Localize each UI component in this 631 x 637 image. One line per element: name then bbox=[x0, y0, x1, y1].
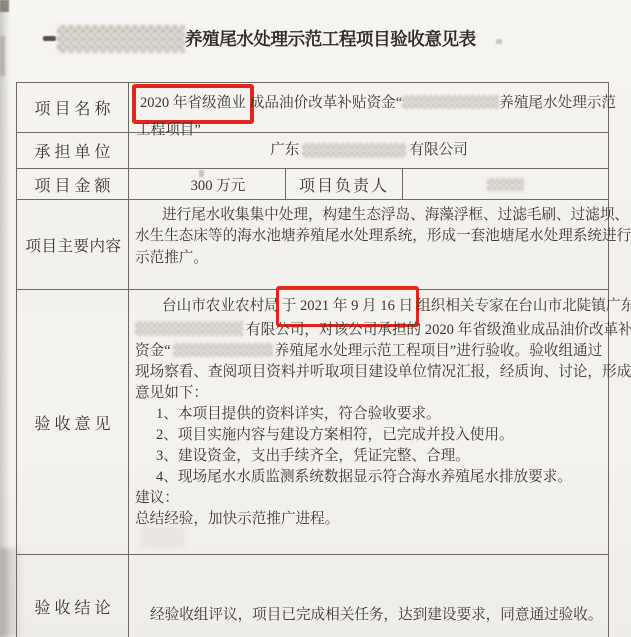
scan-corner-mark bbox=[0, 0, 9, 12]
opinion-l3-pre-text: 资金“ bbox=[135, 343, 171, 359]
row-undertaker: 承担单位 广东有限公司 bbox=[17, 133, 608, 169]
main-content-line2: 水生生态床等的海水池塘养殖尾水处理系统，形成一套池塘尾水处理系统进行 bbox=[135, 226, 600, 247]
opinion-line3: 资金“养殖尾水处理示范工程项目”进行验收。验收组通过 bbox=[135, 341, 600, 362]
opinion-item-3: 3、建设资金，支出手续齐全，凭证完整、合理。 bbox=[135, 446, 600, 467]
opinion-item-2: 2、项目实施内容与建设方案相符，已完成并投入使用。 bbox=[135, 425, 600, 446]
cell-opinion: 台山市农业农村局于 2021 年 9 月 16 日组织相关专家在台山市北陡镇广东… bbox=[130, 290, 608, 554]
redacted-company-name-2 bbox=[135, 321, 243, 336]
redacted-faint-mark bbox=[140, 526, 186, 548]
cell-main-content: 进行尾水收集集中处理，构建生态浮岛、海藻浮框、过滤毛刷、过滤坝、 水生生态床等的… bbox=[130, 200, 608, 289]
opinion-suggestion-text: 总结经验，加快示范推广进程。 bbox=[135, 509, 600, 530]
row-opinion: 验收意见 台山市农业农村局于 2021 年 9 月 16 日组织相关专家在台山市… bbox=[17, 290, 608, 555]
opinion-l1-pre-text: 台山市农业农村局 bbox=[162, 298, 279, 314]
main-content-line3: 示范推广。 bbox=[135, 248, 600, 269]
cell-project-name: 2020 年省级渔业成品油价改革补贴资金“养殖尾水处理示范 工程项目” bbox=[130, 83, 608, 132]
opinion-item-1: 1、本项目提供的资料详实，符合验收要求。 bbox=[135, 404, 600, 425]
undertaker-pre-text: 广东 bbox=[270, 140, 299, 161]
page-edge-shadow bbox=[0, 0, 10, 637]
inspection-date-text: 于 2021 年 9 月 16 日 bbox=[282, 298, 413, 314]
scan-edge-mark bbox=[0, 36, 5, 76]
scanned-acceptance-form-page: 养殖尾水处理示范工程项目验收意见表 项目名称 2020 年省级渔业成品油价改革补… bbox=[0, 0, 631, 637]
cell-conclusion: 经验收组评议，项目已完成相关任务，达到建设要求，同意通过验收。 bbox=[130, 555, 608, 637]
label-amount: 项目金额 bbox=[17, 169, 129, 199]
project-name-boxed-text: 2020 年省级渔业 bbox=[140, 95, 246, 111]
opinion-l2-text: 有限公司，对该公司承担的 2020 年省级渔业成品油价改革补贴 bbox=[246, 322, 631, 338]
opinion-line5: 意见如下： bbox=[135, 383, 600, 404]
title-dash-mark bbox=[43, 36, 56, 41]
cell-undertaker: 广东有限公司 bbox=[130, 133, 608, 168]
redacted-title-prefix bbox=[57, 25, 185, 53]
redacted-leader-name bbox=[487, 178, 524, 191]
scan-speck bbox=[496, 39, 502, 44]
opinion-line1: 台山市农业农村局于 2021 年 9 月 16 日组织相关专家在台山市北陡镇广东 bbox=[135, 293, 600, 320]
redacted-funding-name bbox=[402, 95, 499, 109]
main-content-line1: 进行尾水收集集中处理，构建生态浮岛、海藻浮框、过滤毛刷、过滤坝、 bbox=[135, 205, 600, 226]
row-project-name: 项目名称 2020 年省级渔业成品油价改革补贴资金“养殖尾水处理示范 工程项目” bbox=[17, 83, 608, 133]
project-name-line1: 2020 年省级渔业成品油价改革补贴资金“养殖尾水处理示范 bbox=[136, 88, 602, 119]
project-name-tail-text: 养殖尾水处理示范 bbox=[499, 95, 616, 111]
scan-speck bbox=[199, 170, 204, 177]
redacted-company-name bbox=[302, 143, 406, 158]
opinion-l1-post-text: 组织相关专家在台山市北陡镇广东 bbox=[416, 298, 631, 314]
conclusion-text: 经验收组评议，项目已完成相关任务，达到建设要求，同意通过验收。 bbox=[150, 605, 600, 626]
label-main-content: 项目主要内容 bbox=[17, 200, 129, 289]
opinion-l3-post-text: 养殖尾水处理示范工程项目”进行验收。验收组通过 bbox=[275, 343, 603, 359]
label-conclusion: 验收结论 bbox=[17, 555, 129, 637]
opinion-line2: 有限公司，对该公司承担的 2020 年省级渔业成品油价改革补贴 bbox=[135, 320, 600, 341]
label-project-name: 项目名称 bbox=[17, 83, 129, 132]
redacted-project-prefix bbox=[173, 343, 273, 357]
label-undertaker: 承担单位 bbox=[17, 133, 129, 168]
undertaker-post-text: 有限公司 bbox=[409, 140, 467, 161]
acceptance-table: 项目名称 2020 年省级渔业成品油价改革补贴资金“养殖尾水处理示范 工程项目”… bbox=[16, 82, 609, 637]
label-leader: 项目负责人 bbox=[286, 169, 403, 200]
opinion-line4: 现场察看、查阅项目资料并听取项目建设单位情况汇报，经质询、讨论，形成 bbox=[135, 362, 600, 383]
row-conclusion: 验收结论 经验收组评议，项目已完成相关任务，达到建设要求，同意通过验收。 bbox=[17, 555, 608, 637]
opinion-item-4: 4、现场尾水水质监测系统数据显示符合海水养殖尾水排放要求。 bbox=[135, 467, 600, 488]
cell-leader-name bbox=[403, 169, 608, 200]
opinion-suggestion-label: 建议： bbox=[135, 488, 600, 509]
row-main-content: 项目主要内容 进行尾水收集集中处理，构建生态浮岛、海藻浮框、过滤毛刷、过滤坝、 … bbox=[17, 200, 608, 290]
label-opinion: 验收意见 bbox=[17, 290, 129, 554]
cell-amount-value: 300 万元 bbox=[151, 169, 286, 200]
project-name-rest-text: 成品油价改革补贴资金“ bbox=[250, 95, 402, 111]
page-title: 养殖尾水处理示范工程项目验收意见表 bbox=[185, 26, 476, 51]
highlight-box-project-name: 2020 年省级渔业 bbox=[132, 84, 254, 124]
